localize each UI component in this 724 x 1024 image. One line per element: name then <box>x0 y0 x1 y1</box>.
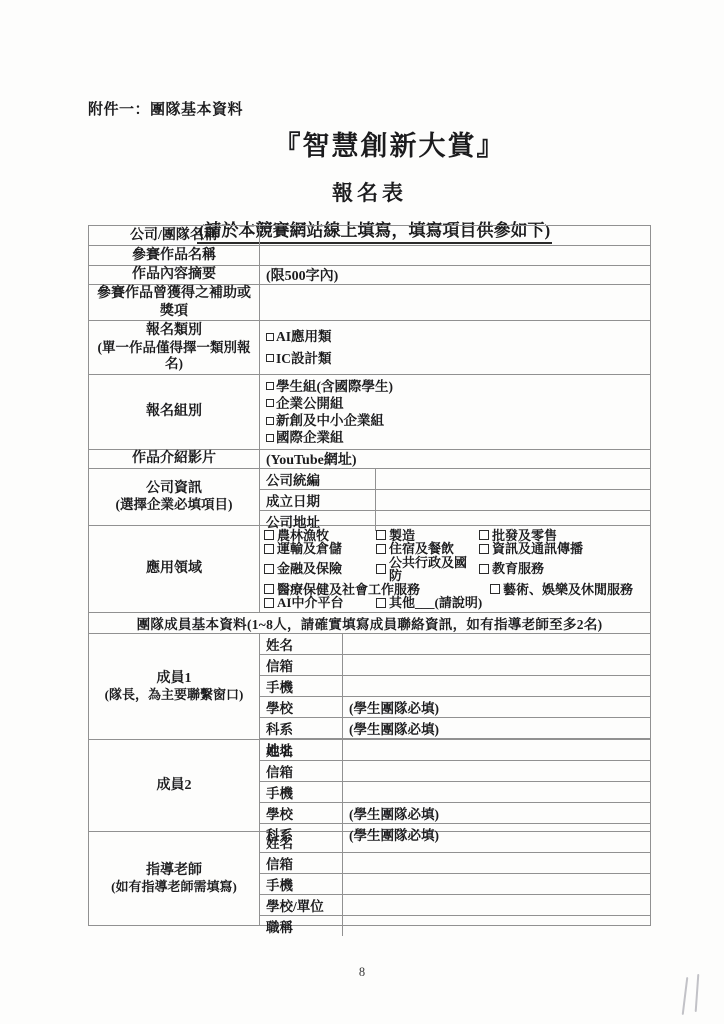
field-value <box>342 761 650 781</box>
row-label-main: 成員1 <box>157 670 192 687</box>
checkbox-icon <box>479 564 489 574</box>
domain-option: 批發及零售 <box>479 529 557 542</box>
domain-option: 運輸及倉儲 <box>264 542 376 555</box>
option-label: 公共行政及國防 <box>389 556 479 582</box>
row-label: 參賽作品曾獲得之補助或獎項 <box>89 285 259 320</box>
field-row: 學校/單位 <box>260 894 650 915</box>
member1-fields: 姓名 信箱 手機 學校 (學生團隊必填) 科系 (學生團隊必填) <box>259 634 650 739</box>
domain-line: 金融及保險 公共行政及國防 教育服務 <box>264 556 646 582</box>
row-label: 公司/團隊名稱 <box>89 226 259 245</box>
field-value <box>342 676 650 696</box>
row-label: 作品內容摘要 <box>89 266 259 284</box>
category-option: IC設計類 <box>266 352 644 366</box>
row-advisor: 指導老師 (如有指導老師需填寫) 姓名 信箱 手機 學校/單位 <box>89 831 650 925</box>
checkbox-icon <box>264 584 274 594</box>
row-work-name: 參賽作品名稱 <box>89 245 650 265</box>
domain-line: 農林漁牧 製造 批發及零售 <box>264 529 646 542</box>
domain-option: 教育服務 <box>479 562 544 575</box>
option-label: AI應用類 <box>276 330 332 344</box>
field-value <box>375 490 650 510</box>
field-row: 姓名 <box>260 832 650 852</box>
field-value: (學生團隊必填) <box>342 697 650 717</box>
option-label: 藝術、娛樂及休閒服務 <box>503 583 633 596</box>
checkbox-icon <box>266 417 274 425</box>
option-label: 其他___(請說明) <box>389 596 482 609</box>
field-value <box>342 782 650 802</box>
row-member2: 成員2 姓名 信箱 手機 學校 (學生團隊必填) <box>89 739 650 831</box>
handwritten-mark <box>680 974 710 1018</box>
row-label-note: (如有指導老師需填寫) <box>111 879 237 895</box>
row-value <box>259 226 650 245</box>
row-summary: 作品內容摘要 (限500字內) <box>89 265 650 284</box>
field-label: 學校 <box>260 697 342 717</box>
field-label: 姓名 <box>260 740 342 760</box>
field-label: 手機 <box>260 874 342 894</box>
members-section-header: 團隊成員基本資料(1~8人，請確實填寫成員聯絡資訊，如有指導老師至多2名) <box>89 612 650 633</box>
scanned-form-page: 附件一：團隊基本資料 『智慧創新大賞』 報名表 (請於本競賽網站線上填寫，填寫項… <box>0 0 724 1024</box>
field-row: 姓名 <box>260 740 650 760</box>
checkbox-icon <box>264 544 274 554</box>
category-options: AI應用類 IC設計類 <box>259 321 650 374</box>
row-label-note: (選擇企業必填項目) <box>116 497 233 513</box>
row-label-note: (隊長，為主要聯繫窗口) <box>105 687 244 703</box>
field-value <box>342 832 650 852</box>
domain-option: 金融及保險 <box>264 562 376 575</box>
row-group: 報名組別 學生組(含國際學生) 企業公開組 新創及中小企業組 國際企業組 <box>89 374 650 449</box>
field-row: 學校 (學生團隊必填) <box>260 802 650 823</box>
field-value: (學生團隊必填) <box>342 718 650 738</box>
field-label: 學校 <box>260 803 342 823</box>
field-row: 信箱 <box>260 654 650 675</box>
field-value <box>375 469 650 489</box>
page-title: 『智慧創新大賞』 <box>128 124 651 163</box>
row-label: 應用領域 <box>89 526 259 612</box>
company-info-fields: 公司統編 成立日期 公司地址 <box>259 469 650 525</box>
field-label: 姓名 <box>260 634 342 654</box>
option-label: 新創及中小企業組 <box>276 414 384 428</box>
checkbox-icon <box>264 564 274 574</box>
option-label: 企業公開組 <box>276 397 344 411</box>
row-label: 成員2 <box>89 740 259 831</box>
page-number: 8 <box>0 965 724 980</box>
row-label-main: 指導老師 <box>146 862 202 879</box>
row-label: 指導老師 (如有指導老師需填寫) <box>89 832 259 925</box>
option-label: 資訊及通訊傳播 <box>492 542 583 555</box>
field-label: 成立日期 <box>260 490 375 510</box>
field-value <box>342 916 650 936</box>
checkbox-icon <box>264 530 274 540</box>
option-label: 醫療保健及社會工作服務 <box>277 583 420 596</box>
domain-line: AI中介平台 其他___(請說明) <box>264 596 646 609</box>
row-label-main: 報名類別 <box>146 322 202 339</box>
row-value: (限500字內) <box>259 266 650 284</box>
field-row: 信箱 <box>260 852 650 873</box>
field-row: 成立日期 <box>260 489 650 510</box>
field-row: 姓名 <box>260 634 650 654</box>
checkbox-icon <box>479 530 489 540</box>
option-label: 教育服務 <box>492 562 544 575</box>
form-title: 報名表 <box>88 177 651 207</box>
field-row: 手機 <box>260 873 650 894</box>
field-row: 信箱 <box>260 760 650 781</box>
domain-option: AI中介平台 <box>264 596 376 609</box>
group-option: 國際企業組 <box>266 431 644 445</box>
option-label: 學生組(含國際學生) <box>276 380 393 394</box>
domain-option: 製造 <box>376 529 479 542</box>
row-label-main: 公司資訊 <box>146 480 202 497</box>
field-label: 信箱 <box>260 761 342 781</box>
field-label: 手機 <box>260 676 342 696</box>
member2-fields: 姓名 信箱 手機 學校 (學生團隊必填) 科系 (學生團隊必填) <box>259 740 650 831</box>
attachment-label: 附件一：團隊基本資料 <box>88 98 243 119</box>
field-value <box>342 895 650 915</box>
group-option: 新創及中小企業組 <box>266 414 644 428</box>
row-label-note: (單一作品僅得擇一類別報名) <box>91 340 257 373</box>
domain-option: 醫療保健及社會工作服務 <box>264 583 490 596</box>
row-domain: 應用領域 農林漁牧 製造 批發及零售 運輸及倉儲 住宿及餐飲 資訊及通訊傳播 金… <box>89 525 650 612</box>
field-value <box>342 853 650 873</box>
field-row: 公司統編 <box>260 469 650 489</box>
checkbox-icon <box>266 354 274 362</box>
field-value: (學生團隊必填) <box>342 803 650 823</box>
option-label: 製造 <box>389 529 415 542</box>
field-label: 公司統編 <box>260 469 375 489</box>
field-value <box>342 655 650 675</box>
option-label: 國際企業組 <box>276 431 344 445</box>
group-option: 學生組(含國際學生) <box>266 380 644 394</box>
field-label: 手機 <box>260 782 342 802</box>
checkbox-icon <box>376 564 386 574</box>
checkbox-icon <box>376 544 386 554</box>
field-row: 手機 <box>260 781 650 802</box>
option-label: 農林漁牧 <box>277 529 329 542</box>
domain-option: 公共行政及國防 <box>376 556 479 582</box>
field-value <box>342 874 650 894</box>
option-label: 批發及零售 <box>492 529 557 542</box>
row-category: 報名類別 (單一作品僅得擇一類別報名) AI應用類 IC設計類 <box>89 320 650 374</box>
category-option: AI應用類 <box>266 330 644 344</box>
field-label: 姓名 <box>260 832 342 852</box>
row-value <box>259 285 650 320</box>
checkbox-icon <box>266 382 274 390</box>
field-label: 職稱 <box>260 916 342 936</box>
checkbox-icon <box>376 530 386 540</box>
advisor-fields: 姓名 信箱 手機 學校/單位 職稱 <box>259 832 650 925</box>
checkbox-icon <box>479 544 489 554</box>
checkbox-icon <box>490 584 500 594</box>
row-member1: 成員1 (隊長，為主要聯繫窗口) 姓名 信箱 手機 學校 (學生 <box>89 633 650 739</box>
domain-line: 醫療保健及社會工作服務 藝術、娛樂及休閒服務 <box>264 583 646 596</box>
option-label: IC設計類 <box>276 352 332 366</box>
field-label: 信箱 <box>260 655 342 675</box>
checkbox-icon <box>266 399 274 407</box>
domain-option: 其他___(請說明) <box>376 596 482 609</box>
domain-option: 住宿及餐飲 <box>376 542 479 555</box>
field-label: 科系 <box>260 718 342 738</box>
row-label: 參賽作品名稱 <box>89 246 259 265</box>
option-label: 金融及保險 <box>277 562 342 575</box>
row-value: (YouTube網址) <box>259 450 650 468</box>
group-options: 學生組(含國際學生) 企業公開組 新創及中小企業組 國際企業組 <box>259 375 650 449</box>
field-row: 手機 <box>260 675 650 696</box>
field-value <box>342 740 650 760</box>
checkbox-icon <box>266 333 274 341</box>
domain-line: 運輸及倉儲 住宿及餐飲 資訊及通訊傳播 <box>264 542 646 555</box>
row-label: 報名組別 <box>89 375 259 449</box>
option-label: 住宿及餐飲 <box>389 542 454 555</box>
checkbox-icon <box>376 598 386 608</box>
row-company-name: 公司/團隊名稱 <box>89 226 650 245</box>
field-row: 職稱 <box>260 915 650 936</box>
field-label: 學校/單位 <box>260 895 342 915</box>
row-awards: 參賽作品曾獲得之補助或獎項 <box>89 284 650 320</box>
row-label: 作品介紹影片 <box>89 450 259 468</box>
domain-option: 藝術、娛樂及休閒服務 <box>490 583 633 596</box>
row-value <box>259 246 650 265</box>
domain-option: 資訊及通訊傳播 <box>479 542 583 555</box>
field-row: 科系 (學生團隊必填) <box>260 717 650 738</box>
group-option: 企業公開組 <box>266 397 644 411</box>
checkbox-icon <box>264 598 274 608</box>
option-label: AI中介平台 <box>277 596 343 609</box>
row-label: 報名類別 (單一作品僅得擇一類別報名) <box>89 321 259 374</box>
option-label: 運輸及倉儲 <box>277 542 342 555</box>
domain-option: 農林漁牧 <box>264 529 376 542</box>
row-label: 公司資訊 (選擇企業必填項目) <box>89 469 259 525</box>
field-value <box>342 634 650 654</box>
row-label: 成員1 (隊長，為主要聯繫窗口) <box>89 634 259 739</box>
field-row: 學校 (學生團隊必填) <box>260 696 650 717</box>
row-video: 作品介紹影片 (YouTube網址) <box>89 449 650 468</box>
domain-options: 農林漁牧 製造 批發及零售 運輸及倉儲 住宿及餐飲 資訊及通訊傳播 金融及保險 … <box>259 526 650 612</box>
field-label: 信箱 <box>260 853 342 873</box>
checkbox-icon <box>266 434 274 442</box>
row-company-info: 公司資訊 (選擇企業必填項目) 公司統編 成立日期 公司地址 <box>89 468 650 525</box>
registration-table: 公司/團隊名稱 參賽作品名稱 作品內容摘要 (限500字內) 參賽作品曾獲得之補… <box>88 225 651 926</box>
